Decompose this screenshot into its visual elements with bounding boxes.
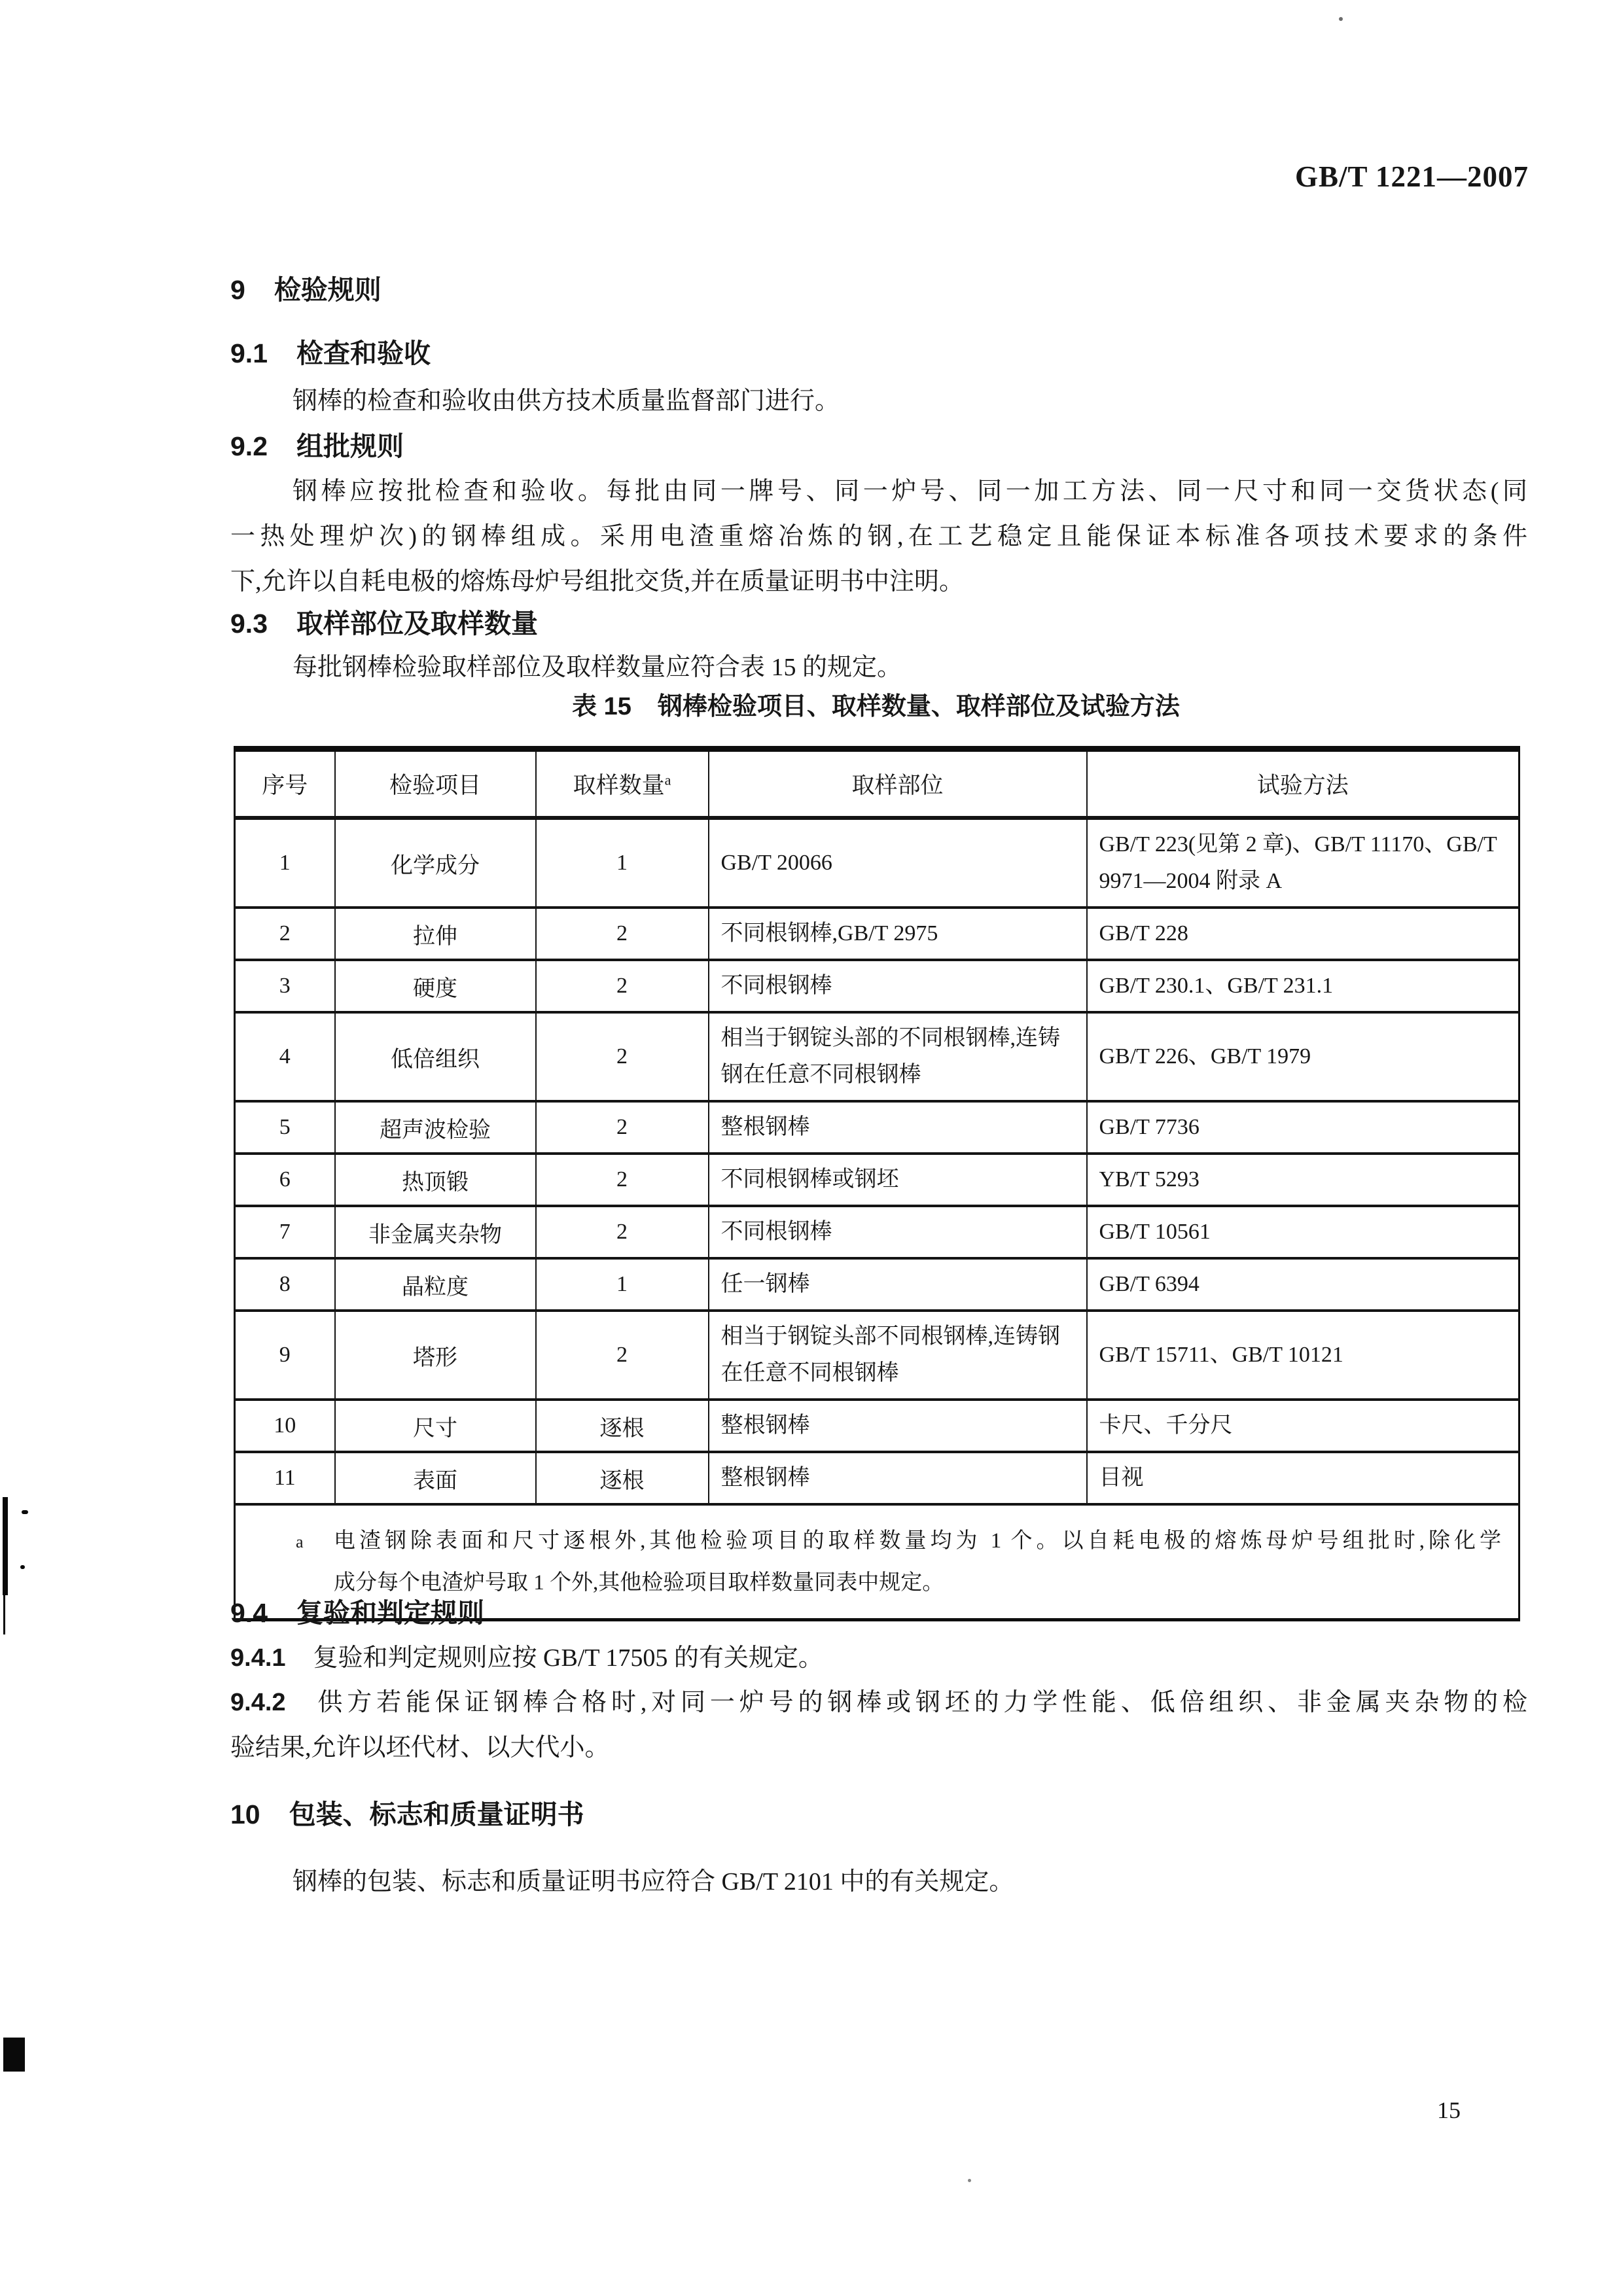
qty-cell: 1 <box>536 818 709 908</box>
col-header-seq: 序号 <box>235 749 335 819</box>
item-cell: 晶粒度 <box>335 1258 536 1311</box>
table-row: 5超声波检验2整根钢棒GB/T 7736 <box>235 1101 1519 1154</box>
document-page: GB/T 1221—2007 9检验规则 9.1检查和验收 钢棒的检查和验收由供… <box>0 0 1617 2296</box>
clause-9-2-heading: 9.2组批规则 <box>230 425 404 463</box>
clause-number: 9.2 <box>230 431 268 462</box>
table-row: 4低倍组织2相当于钢锭头部的不同根钢棒,连铸钢在任意不同根钢棒GB/T 226、… <box>235 1012 1519 1101</box>
clause-number: 9.4.2 <box>230 1680 286 1725</box>
location-cell: 相当于钢锭头部不同根钢棒,连铸钢在任意不同根钢棒 <box>709 1311 1087 1400</box>
location-cell: GB/T 20066 <box>709 818 1087 908</box>
method-cell: 目视 <box>1087 1452 1519 1504</box>
table-row: 10尺寸逐根整根钢棒卡尺、千分尺 <box>235 1400 1519 1452</box>
paragraph-line: 9.4.2供方若能保证钢棒合格时,对同一炉号的钢棒或钢坯的力学性能、低倍组织、非… <box>230 1680 1527 1725</box>
clause-9-heading: 9检验规则 <box>230 268 382 307</box>
clause-title: 检查和验收 <box>296 338 431 368</box>
clause-9-2-paragraph: 钢棒应按批检查和验收。每批由同一牌号、同一炉号、同一加工方法、同一尺寸和同一交货… <box>230 469 1527 605</box>
table-row: 6热顶锻2不同根钢棒或钢坯YB/T 5293 <box>235 1154 1519 1206</box>
clause-title: 取样部位及取样数量 <box>296 609 538 639</box>
seq-cell: 10 <box>235 1400 335 1452</box>
method-cell: GB/T 228 <box>1087 908 1519 960</box>
item-cell: 低倍组织 <box>335 1012 536 1101</box>
method-cell: GB/T 230.1、GB/T 231.1 <box>1087 960 1519 1012</box>
clause-9-1-body: 钢棒的检查和验收由供方技术质量监督部门进行。 <box>293 379 840 424</box>
table-row: 9塔形2相当于钢锭头部不同根钢棒,连铸钢在任意不同根钢棒GB/T 15711、G… <box>235 1311 1519 1400</box>
table-15-caption: 表 15钢棒检验项目、取样数量、取样部位及试验方法 <box>234 686 1518 722</box>
clause-9-4-heading: 9.4复验和判定规则 <box>230 1591 484 1630</box>
table-row: 8晶粒度1任一钢棒GB/T 6394 <box>235 1258 1519 1311</box>
clause-10-heading: 10包装、标志和质量证明书 <box>230 1793 584 1831</box>
item-cell: 超声波检验 <box>335 1101 536 1154</box>
table-row: 2拉伸2不同根钢棒,GB/T 2975GB/T 228 <box>235 908 1519 960</box>
page-number: 15 <box>1437 2096 1461 2124</box>
scan-artifact-square <box>3 2038 25 2072</box>
method-cell: GB/T 10561 <box>1087 1206 1519 1258</box>
clause-title: 包装、标志和质量证明书 <box>289 1799 584 1829</box>
qty-cell: 2 <box>536 1012 709 1101</box>
table-15: 序号 检验项目 取样数量a 取样部位 试验方法 1化学成分1GB/T 20066… <box>234 746 1520 1621</box>
clause-title: 检验规则 <box>274 275 382 305</box>
clause-10-body: 钢棒的包装、标志和质量证明书应符合 GB/T 2101 中的有关规定。 <box>293 1860 1014 1905</box>
table-row: 3硬度2不同根钢棒GB/T 230.1、GB/T 231.1 <box>235 960 1519 1012</box>
clause-9-3-body: 每批钢棒检验取样部位及取样数量应符合表 15 的规定。 <box>293 645 902 690</box>
item-cell: 热顶锻 <box>335 1154 536 1206</box>
clause-title: 组批规则 <box>296 431 404 461</box>
clause-title: 复验和判定规则 <box>296 1598 484 1628</box>
clause-number: 9.4 <box>230 1598 268 1629</box>
method-cell: GB/T 7736 <box>1087 1101 1519 1154</box>
paragraph-line: 验结果,允许以坯代材、以大代小。 <box>230 1725 1527 1771</box>
scan-artifact-dot <box>22 1510 28 1514</box>
seq-cell: 7 <box>235 1206 335 1258</box>
clause-body: 复验和判定规则应按 GB/T 17505 的有关规定。 <box>313 1644 823 1672</box>
clause-number: 10 <box>230 1799 260 1830</box>
scan-artifact-dot <box>1339 17 1343 21</box>
footnote-line: 成分每个电渣炉号取 1 个外,其他检验项目取样数量同表中规定。 <box>334 1562 1501 1604</box>
clause-number: 9 <box>230 275 245 306</box>
seq-cell: 11 <box>235 1452 335 1504</box>
seq-cell: 5 <box>235 1101 335 1154</box>
table-header-row: 序号 检验项目 取样数量a 取样部位 试验方法 <box>235 749 1519 819</box>
seq-cell: 3 <box>235 960 335 1012</box>
item-cell: 化学成分 <box>335 818 536 908</box>
location-cell: 不同根钢棒或钢坯 <box>709 1154 1087 1206</box>
clause-9-4-2: 9.4.2供方若能保证钢棒合格时,对同一炉号的钢棒或钢坯的力学性能、低倍组织、非… <box>230 1680 1527 1771</box>
col-header-method: 试验方法 <box>1087 749 1519 819</box>
seq-cell: 2 <box>235 908 335 960</box>
standard-code-header: GB/T 1221—2007 <box>0 160 1529 194</box>
table-row: 7非金属夹杂物2不同根钢棒GB/T 10561 <box>235 1206 1519 1258</box>
table-number: 表 15 <box>572 693 631 720</box>
method-cell: GB/T 6394 <box>1087 1258 1519 1311</box>
location-cell: 不同根钢棒 <box>709 960 1087 1012</box>
method-cell: GB/T 226、GB/T 1979 <box>1087 1012 1519 1101</box>
item-cell: 塔形 <box>335 1311 536 1400</box>
location-cell: 整根钢棒 <box>709 1101 1087 1154</box>
seq-cell: 4 <box>235 1012 335 1101</box>
location-cell: 整根钢棒 <box>709 1452 1087 1504</box>
clause-9-4-1: 9.4.1复验和判定规则应按 GB/T 17505 的有关规定。 <box>230 1636 823 1681</box>
qty-cell: 2 <box>536 1101 709 1154</box>
qty-cell: 2 <box>536 960 709 1012</box>
table-title: 钢棒检验项目、取样数量、取样部位及试验方法 <box>658 693 1180 720</box>
seq-cell: 9 <box>235 1311 335 1400</box>
qty-cell: 1 <box>536 1258 709 1311</box>
paragraph-line: 下,允许以自耗电极的熔炼母炉号组批交货,并在质量证明书中注明。 <box>230 559 1527 605</box>
col-header-location: 取样部位 <box>709 749 1087 819</box>
col-header-item: 检验项目 <box>335 749 536 819</box>
clause-number: 9.3 <box>230 609 268 639</box>
seq-cell: 1 <box>235 818 335 908</box>
scan-artifact-dot <box>968 2179 971 2182</box>
clause-number: 9.1 <box>230 338 268 369</box>
method-cell: GB/T 15711、GB/T 10121 <box>1087 1311 1519 1400</box>
location-cell: 相当于钢锭头部的不同根钢棒,连铸钢在任意不同根钢棒 <box>709 1012 1087 1101</box>
qty-cell: 逐根 <box>536 1400 709 1452</box>
qty-cell: 2 <box>536 1206 709 1258</box>
location-cell: 整根钢棒 <box>709 1400 1087 1452</box>
col-header-qty: 取样数量a <box>536 749 709 819</box>
location-cell: 不同根钢棒,GB/T 2975 <box>709 908 1087 960</box>
scan-artifact-bar <box>3 1497 8 1595</box>
scan-artifact-dot <box>20 1565 25 1569</box>
location-cell: 不同根钢棒 <box>709 1206 1087 1258</box>
item-cell: 非金属夹杂物 <box>335 1206 536 1258</box>
item-cell: 表面 <box>335 1452 536 1504</box>
seq-cell: 8 <box>235 1258 335 1311</box>
scan-artifact-bar-tail <box>3 1595 5 1634</box>
seq-cell: 6 <box>235 1154 335 1206</box>
qty-cell: 逐根 <box>536 1452 709 1504</box>
qty-cell: 2 <box>536 908 709 960</box>
item-cell: 尺寸 <box>335 1400 536 1452</box>
qty-cell: 2 <box>536 1311 709 1400</box>
method-cell: YB/T 5293 <box>1087 1154 1519 1206</box>
clause-number: 9.4.1 <box>230 1636 286 1681</box>
table-row: 1化学成分1GB/T 20066GB/T 223(见第 2 章)、GB/T 11… <box>235 818 1519 908</box>
paragraph-line: 一热处理炉次)的钢棒组成。采用电渣重熔冶炼的钢,在工艺稳定且能保证本标准各项技术… <box>230 514 1527 559</box>
item-cell: 拉伸 <box>335 908 536 960</box>
qty-cell: 2 <box>536 1154 709 1206</box>
location-cell: 任一钢棒 <box>709 1258 1087 1311</box>
clause-9-1-heading: 9.1检查和验收 <box>230 332 431 370</box>
footnote-marker: a <box>296 1520 334 1563</box>
method-cell: 卡尺、千分尺 <box>1087 1400 1519 1452</box>
clause-9-3-heading: 9.3取样部位及取样数量 <box>230 602 538 641</box>
paragraph-line: 钢棒应按批检查和验收。每批由同一牌号、同一炉号、同一加工方法、同一尺寸和同一交货… <box>230 469 1527 514</box>
footnote-line: 电渣钢除表面和尺寸逐根外,其他检验项目的取样数量均为 1 个。以自耗电极的熔炼母… <box>334 1520 1501 1562</box>
item-cell: 硬度 <box>335 960 536 1012</box>
footnote-ref-a: a <box>665 771 671 788</box>
method-cell: GB/T 223(见第 2 章)、GB/T 11170、GB/T 9971—20… <box>1087 818 1519 908</box>
table-row: 11表面逐根整根钢棒目视 <box>235 1452 1519 1504</box>
